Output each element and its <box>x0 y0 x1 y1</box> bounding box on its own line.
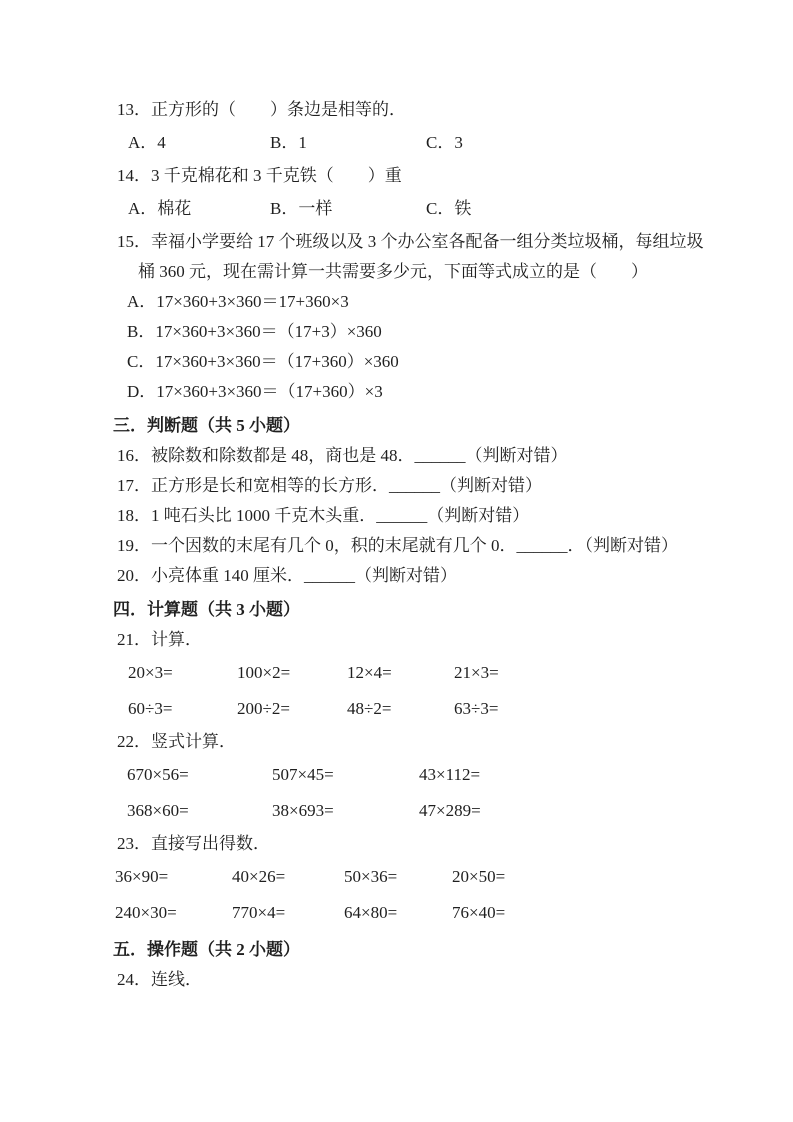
equation: 20×50= <box>452 859 738 895</box>
equation: 60÷3= <box>128 691 237 727</box>
equation: 47×289= <box>419 793 738 829</box>
question-17: 17．正方形是长和宽相等的长方形．______（判断对错） <box>113 471 738 501</box>
equation: 240×30= <box>115 895 232 931</box>
question-23-label: 23．直接写出得数． <box>113 829 738 859</box>
equation: 36×90= <box>115 859 232 895</box>
question-14-options-row: A．棉花 B．一样 C．铁 <box>128 191 738 227</box>
equation: 12×4= <box>347 655 454 691</box>
question-21-row-2: 60÷3= 200÷2= 48÷2= 63÷3= <box>128 691 738 727</box>
question-15-option-a: A．17×360+3×360＝17+360×3 <box>113 287 738 317</box>
exam-document-page: 13．正方形的（ ）条边是相等的． A．4 B．1 C．3 14．3 千克棉花和… <box>0 0 793 1122</box>
question-13-option-b: B．1 <box>270 125 426 161</box>
equation: 64×80= <box>344 895 452 931</box>
question-14-stem: 14．3 千克棉花和 3 千克铁（ ）重 <box>113 161 738 191</box>
equation: 770×4= <box>232 895 344 931</box>
equation: 100×2= <box>237 655 347 691</box>
equation: 20×3= <box>128 655 237 691</box>
question-23-row-1: 36×90= 40×26= 50×36= 20×50= <box>115 859 738 895</box>
equation: 48÷2= <box>347 691 454 727</box>
question-13-options-row: A．4 B．1 C．3 <box>128 125 738 161</box>
equation: 76×40= <box>452 895 738 931</box>
question-21-row-1: 20×3= 100×2= 12×4= 21×3= <box>128 655 738 691</box>
equation: 200÷2= <box>237 691 347 727</box>
equation: 43×112= <box>419 757 738 793</box>
equation: 368×60= <box>127 793 272 829</box>
question-15-stem-line2: 桶 360 元，现在需计算一共需要多少元，下面等式成立的是（ ） <box>113 257 738 287</box>
question-13-option-a: A．4 <box>128 125 270 161</box>
question-15-option-b: B．17×360+3×360＝（17+3）×360 <box>113 317 738 347</box>
section-heading-judge: 三．判断题（共 5 小题） <box>113 411 738 441</box>
equation: 21×3= <box>454 655 738 691</box>
question-15-stem-line1: 15．幸福小学要给 17 个班级以及 3 个办公室各配备一组分类垃圾桶，每组垃圾 <box>113 227 738 257</box>
equation: 63÷3= <box>454 691 738 727</box>
question-18: 18．1 吨石头比 1000 千克木头重．______（判断对错） <box>113 501 738 531</box>
question-19: 19．一个因数的末尾有几个 0，积的末尾就有几个 0．______．（判断对错） <box>113 531 738 561</box>
question-14-option-a: A．棉花 <box>128 191 270 227</box>
question-22-row-2: 368×60= 38×693= 47×289= <box>127 793 738 829</box>
equation: 670×56= <box>127 757 272 793</box>
equation: 50×36= <box>344 859 452 895</box>
question-23-row-2: 240×30= 770×4= 64×80= 76×40= <box>115 895 738 931</box>
question-22-row-1: 670×56= 507×45= 43×112= <box>127 757 738 793</box>
question-21-label: 21．计算． <box>113 625 738 655</box>
question-16: 16．被除数和除数都是 48，商也是 48．______（判断对错） <box>113 441 738 471</box>
equation: 507×45= <box>272 757 419 793</box>
question-20: 20．小亮体重 140 厘米．______（判断对错） <box>113 561 738 591</box>
equation: 38×693= <box>272 793 419 829</box>
equation: 40×26= <box>232 859 344 895</box>
section-heading-operation: 五．操作题（共 2 小题） <box>113 935 738 965</box>
question-24-label: 24．连线． <box>113 965 738 995</box>
question-14-option-c: C．铁 <box>426 191 738 227</box>
question-13-option-c: C．3 <box>426 125 738 161</box>
question-22-label: 22．竖式计算． <box>113 727 738 757</box>
question-13-stem: 13．正方形的（ ）条边是相等的． <box>113 95 738 125</box>
section-heading-calc: 四．计算题（共 3 小题） <box>113 595 738 625</box>
question-15-option-d: D．17×360+3×360＝（17+360）×3 <box>113 377 738 407</box>
question-15-option-c: C．17×360+3×360＝（17+360）×360 <box>113 347 738 377</box>
question-14-option-b: B．一样 <box>270 191 426 227</box>
